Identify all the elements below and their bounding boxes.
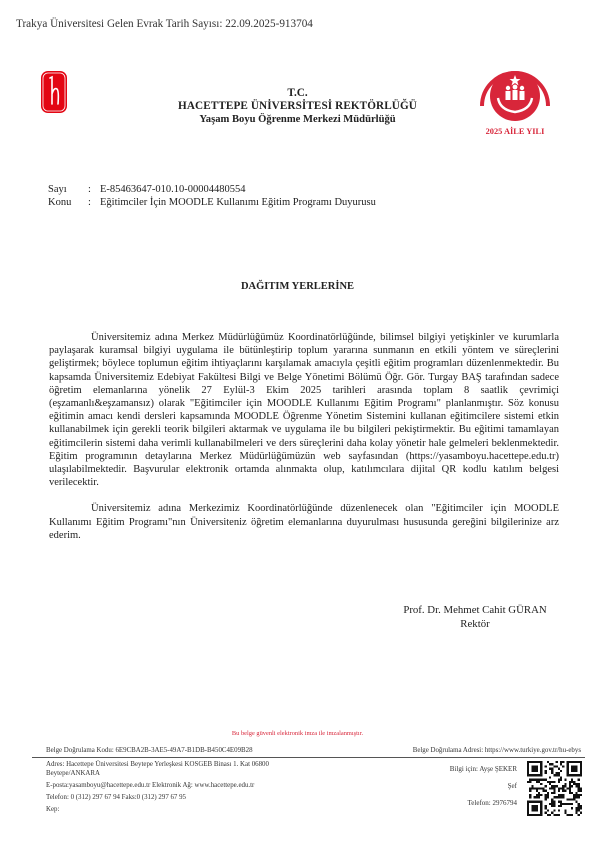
address-line-1: Adres: Hacettepe Üniversitesi Beytepe Ye… bbox=[46, 760, 269, 769]
incoming-document-stamp: Trakya Üniversitesi Gelen Evrak Tarih Sa… bbox=[16, 18, 313, 30]
verification-address[interactable]: Belge Doğrulama Adresi: https://www.turk… bbox=[413, 747, 581, 754]
info-contact: Bilgi için: Ayşe ŞEKER Şef Telefon: 2976… bbox=[420, 765, 517, 816]
document-meta: Sayı : E-85463647-010.10-00004480554 Kon… bbox=[48, 183, 390, 209]
document-number: E-85463647-010.10-00004480554 bbox=[100, 183, 390, 196]
svg-text:2025 AİLE YILI: 2025 AİLE YILI bbox=[486, 126, 545, 136]
email-line[interactable]: E-posta:yasamboyu@hacettepe.edu.tr Elekt… bbox=[46, 781, 269, 790]
kep-line: Kep: bbox=[46, 805, 269, 814]
family-year-logo-icon: 2025 AİLE YILI bbox=[470, 60, 560, 138]
hacettepe-logo-icon bbox=[40, 70, 68, 114]
contact-info: Adres: Hacettepe Üniversitesi Beytepe Ye… bbox=[46, 760, 269, 817]
footer-divider bbox=[32, 757, 585, 758]
letterhead-country: T.C. bbox=[120, 87, 475, 100]
verification-code: Belge Doğrulama Kodu: 6E9CBA2B-3AE5-49A7… bbox=[46, 747, 253, 754]
esignature-notice: Bu belge güvenli elektronik imza ile imz… bbox=[0, 730, 595, 737]
body-paragraph-2: Üniversitemiz adına Merkezimiz Koordinat… bbox=[49, 502, 559, 542]
signatory-name: Prof. Dr. Mehmet Cahit GÜRAN bbox=[380, 603, 570, 617]
number-label: Sayı bbox=[48, 183, 88, 196]
distribution-heading: DAĞITIM YERLERİNE bbox=[0, 281, 595, 292]
letterhead-department: Yaşam Boyu Öğrenme Merkezi Müdürlüğü bbox=[120, 113, 475, 126]
phone-line: Telefon: 0 (312) 297 67 94 Faks:0 (312) … bbox=[46, 793, 269, 802]
letterhead-university: HACETTEPE ÜNİVERSİTESİ REKTÖRLÜĞÜ bbox=[120, 100, 475, 113]
separator: : bbox=[88, 196, 100, 209]
signature-block: Prof. Dr. Mehmet Cahit GÜRAN Rektör bbox=[380, 603, 570, 631]
letterhead: T.C. HACETTEPE ÜNİVERSİTESİ REKTÖRLÜĞÜ Y… bbox=[120, 87, 475, 126]
address-line-2: Beytepe/ANKARA bbox=[46, 769, 269, 778]
info-title: Şef bbox=[420, 782, 517, 790]
info-phone: Telefon: 2976794 bbox=[420, 799, 517, 807]
letter-body: Üniversitemiz adına Merkez Müdürlüğümüz … bbox=[49, 331, 559, 555]
qr-code-icon bbox=[527, 761, 582, 816]
meta-number-row: Sayı : E-85463647-010.10-00004480554 bbox=[48, 183, 390, 196]
separator: : bbox=[88, 183, 100, 196]
body-paragraph-1: Üniversitemiz adına Merkez Müdürlüğümüz … bbox=[49, 331, 559, 489]
meta-subject-row: Konu : Eğitimciler İçin MOODLE Kullanımı… bbox=[48, 196, 390, 209]
signatory-title: Rektör bbox=[380, 617, 570, 631]
info-person: Bilgi için: Ayşe ŞEKER bbox=[420, 765, 517, 773]
document-subject: Eğitimciler İçin MOODLE Kullanımı Eğitim… bbox=[100, 196, 390, 209]
subject-label: Konu bbox=[48, 196, 88, 209]
